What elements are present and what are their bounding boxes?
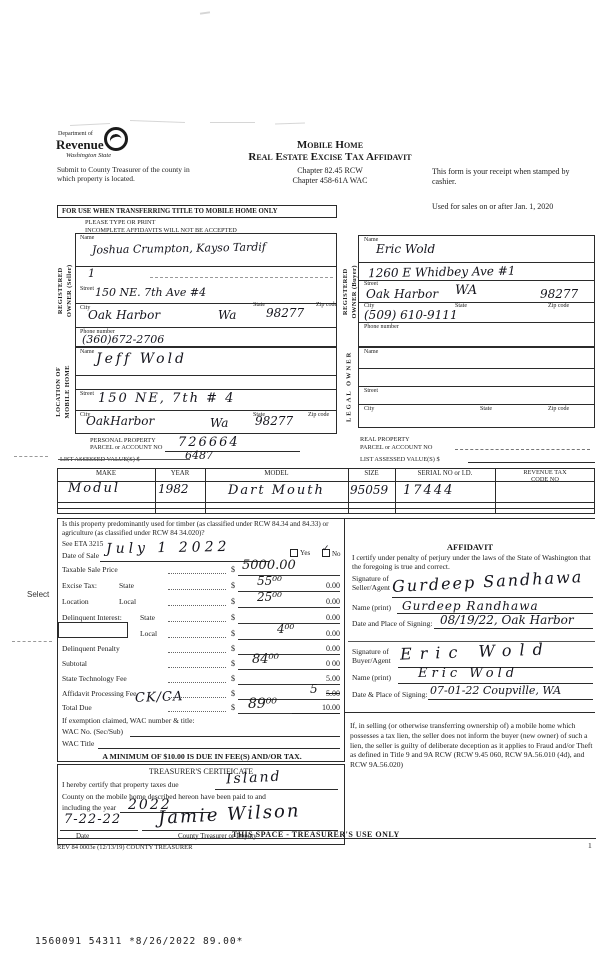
scan-smudge	[14, 456, 48, 457]
legal-line	[358, 368, 595, 369]
treasurer-county-hand: Island	[226, 769, 282, 788]
seller-street-value: 150 NE. 7th Ave #4	[95, 286, 206, 299]
location-zip-label: Zip code	[308, 412, 329, 420]
location-line	[75, 375, 337, 376]
fee-row-subtotal: Subtotal $ 84⁰⁰ 0 00	[62, 657, 343, 672]
currency-sign: $	[231, 674, 235, 683]
form-revision-label: REV 84 0003e (12/13/19) COUNTY TREASURER	[57, 844, 192, 852]
amount-line	[238, 639, 340, 640]
legal-name-label: Name	[364, 349, 378, 357]
currency-sign: $	[231, 689, 235, 698]
dotted-leader	[168, 621, 226, 622]
amount-line	[238, 684, 340, 685]
fee-label: Location	[62, 597, 89, 606]
buyer-name-print-label: Name (print)	[352, 673, 391, 682]
minimum-note: A MINIMUM OF $10.00 IS DUE IN FEE(S) AND…	[62, 752, 342, 762]
amount-line	[238, 575, 340, 576]
handwritten-amount: 89⁰⁰	[248, 696, 277, 712]
dotted-leader	[168, 637, 226, 638]
chapter-line2: Chapter 458-61A WAC	[210, 176, 450, 186]
affidavit-bottom-line	[345, 712, 595, 713]
buyer-line	[358, 262, 595, 263]
yes-label: Yes	[300, 549, 310, 558]
real-parcel-line	[455, 449, 590, 450]
mid-top-line	[345, 518, 595, 519]
handwritten-amount: 55⁰⁰	[257, 574, 282, 588]
buyer-sig-label-line2: Buyer/Agent	[352, 656, 391, 665]
seller-sig-label-line2: Seller/Agent	[352, 583, 390, 592]
header-revenue-line2: CODE NO	[495, 476, 595, 484]
buyer-state-value: WA	[455, 283, 477, 298]
table-row-line	[57, 502, 595, 503]
legal-owner-box	[358, 347, 595, 428]
buyer-name-value: Eric Wold	[376, 242, 435, 256]
printed-amount: 0.00	[292, 581, 340, 590]
fee-label: Delinquent Penalty	[62, 644, 120, 653]
table-header-line	[57, 481, 595, 482]
handwritten-amount: 25⁰⁰	[257, 590, 282, 604]
currency-sign: $	[231, 613, 235, 622]
seller-city-value: Oak Harbor	[88, 308, 160, 322]
payment-method-note: CK/CA	[135, 689, 184, 706]
buyer-line	[358, 280, 595, 281]
affidavit-title: AFFIDAVIT	[345, 542, 595, 553]
treasurer-line3: including the year	[62, 803, 116, 812]
no-checkmark: ✓	[322, 544, 330, 554]
pencil-scribble	[70, 123, 110, 126]
affidavit-line	[428, 699, 593, 700]
seller-section-label-line2: OWNER (Seller)	[66, 235, 75, 347]
scan-strike-line	[58, 459, 190, 460]
wac-no-line	[130, 736, 340, 737]
amount-line	[238, 669, 340, 670]
date-of-sale-value: July 1 2022	[106, 539, 231, 557]
dotted-leader	[168, 573, 226, 574]
buyer-date-value: 07-01-22 Coupville, WA	[430, 684, 561, 697]
header-make: MAKE	[57, 470, 155, 478]
used-note: Used for sales on or after Jan. 1, 2020	[432, 202, 553, 212]
fee-sublabel: State	[119, 581, 134, 590]
submit-note: Submit to County Treasurer of the county…	[57, 165, 209, 184]
page-number: 1	[588, 841, 592, 850]
legal-state-label: State	[480, 406, 492, 414]
buyer-signature: Eric Wold	[400, 639, 551, 663]
seller-zip-value: 98277	[266, 306, 304, 320]
header-year: YEAR	[155, 470, 205, 478]
currency-sign: $	[231, 644, 235, 653]
buyer-sig-label-line1: Signature of	[352, 647, 389, 656]
treasurer-use-label: THIS SPACE - TREASURER'S USE ONLY	[232, 830, 400, 840]
affidavit-line	[434, 628, 593, 629]
dotted-leader	[168, 682, 226, 683]
location-section-label-line2: MOBILE HOME	[64, 336, 73, 448]
location-line	[75, 389, 337, 390]
dotted-leader	[168, 589, 226, 590]
fee-label: Subtotal	[62, 659, 87, 668]
logo-name-text: Revenue	[56, 137, 104, 153]
fee-row-affidavit-fee: Affidavit Processing Fee $ 5 5.00	[62, 687, 343, 702]
pencil-scribble	[210, 122, 255, 123]
pencil-scribble	[130, 120, 185, 123]
form-title-line2: Real Estate Excise Tax Affidavit	[190, 151, 470, 165]
fee-row-excise-state: Excise Tax: State $ 55⁰⁰ 0.00	[62, 579, 343, 594]
dotted-leader	[168, 711, 226, 712]
seller-sig-label-line1: Signature of	[352, 574, 389, 583]
currency-sign: $	[231, 703, 235, 712]
assessed-value: 6487	[185, 449, 213, 462]
seller-section-label-line1: REGISTERED	[57, 235, 66, 347]
seller-state-label: State	[253, 302, 265, 310]
seller-name-print-value: Gurdeep Randhawa	[402, 599, 539, 613]
revenue-logo-icon	[104, 127, 128, 151]
amount-line	[238, 607, 340, 608]
fee-sublabel: Local	[119, 597, 136, 606]
seller-line	[75, 327, 337, 328]
fee-sublabel: State	[140, 613, 155, 622]
treasurer-line	[215, 789, 338, 790]
real-assessed-label: LIST ASSESSED VALUE(S) $	[360, 456, 440, 464]
row-model-value: Dart Mouth	[228, 483, 325, 498]
cashier-receipt-line: 1560091 54311 *8/26/2022 89.00*	[35, 936, 243, 948]
type-note: PLEASE TYPE OR PRINT	[85, 219, 155, 227]
fee-sublabel: Local	[140, 629, 157, 638]
pencil-scribble	[275, 122, 305, 124]
legal-city-label: City	[364, 406, 374, 414]
printed-amount: 0 00	[292, 659, 340, 668]
date-of-sale-label: Date of Sale	[62, 551, 99, 560]
printed-amount: 10.00	[292, 703, 340, 714]
printed-amount: 5.00	[292, 689, 340, 698]
header-size: SIZE	[348, 470, 395, 478]
select-location-dropdown[interactable]: Select	[27, 590, 49, 600]
row-year-value: 1982	[158, 482, 189, 496]
buyer-phone-label: Phone number	[364, 324, 399, 332]
legal-line	[358, 404, 595, 405]
affidavit-document: Department of Revenue Washington State S…	[0, 0, 600, 980]
printed-amount: 0.00	[292, 613, 340, 622]
treasurer-date-hand: 7-22-22	[64, 812, 121, 827]
fee-label: Affidavit Processing Fee	[62, 689, 136, 698]
real-assessed-line	[468, 462, 595, 463]
row-make-value: Modul	[68, 481, 120, 496]
buyer-date-label: Date & Place of Signing:	[352, 690, 427, 699]
dotted-leader	[168, 605, 226, 606]
currency-sign: $	[231, 565, 235, 574]
eta-note: See ETA 3215	[62, 540, 103, 549]
wac-no-label: WAC No. (Sec/Sub)	[62, 727, 123, 736]
amount-line	[238, 591, 340, 592]
seller-date-label: Date and Place of Signing:	[352, 619, 432, 628]
location-section-label: LOCATION OF MOBILE HOME	[55, 336, 73, 448]
personal-property-label-line2: PARCEL or ACCOUNT NO	[90, 444, 162, 452]
location-zip-value: 98277	[255, 414, 293, 428]
buyer-phone-value: (509) 610-9111	[364, 308, 458, 322]
location-name-label: Name	[80, 349, 94, 357]
fee-label: Delinquent Interest:	[62, 613, 122, 622]
personal-parcel-value: 726664	[178, 435, 240, 450]
location-street-label: Street	[80, 391, 94, 399]
treasurer-line1: I hereby certify that property taxes due	[62, 780, 179, 789]
real-property-label-line1: REAL PROPERTY	[360, 436, 410, 444]
fee-row-delinquent-state: Delinquent Interest: State $ 0.00	[62, 611, 343, 626]
no-label: No	[332, 550, 341, 559]
legal-street-label: Street	[364, 388, 378, 396]
printed-amount: 0.00	[292, 644, 340, 653]
fee-row-excise-local: Location Local $ 25⁰⁰ 0.00	[62, 595, 343, 610]
fee-row-delinquent-penalty: Delinquent Penalty $ 0.00	[62, 642, 343, 657]
seller-line2-value: 1	[88, 267, 95, 280]
currency-sign: $	[231, 597, 235, 606]
header-serial: SERIAL NO or I.D.	[395, 470, 495, 478]
row-serial-value: 17444	[403, 483, 454, 498]
fee-row-taxable: Taxable Sale Price $ 5000.00	[62, 563, 343, 578]
buyer-city-value: Oak Harbor	[366, 287, 438, 301]
use-banner-box: FOR USE WHEN TRANSFERRING TITLE TO MOBIL…	[57, 205, 337, 218]
seller-state-value: Wa	[218, 308, 236, 322]
fee-label: Taxable Sale Price	[62, 565, 118, 574]
fee-label: State Technology Fee	[62, 674, 127, 683]
chapter-line1: Chapter 82.45 RCW	[210, 166, 450, 176]
treasurer-line	[60, 830, 138, 831]
buyer-zip-value: 98277	[540, 287, 578, 301]
scan-smudge	[12, 641, 52, 642]
dotted-leader	[168, 652, 226, 653]
seller-phone-value: (360)672-2706	[82, 333, 164, 346]
seller-date-value: 08/19/22, Oak Harbor	[440, 613, 574, 627]
fee-label: Excise Tax:	[62, 581, 97, 590]
header-model: MODEL	[205, 470, 348, 478]
location-state-value: Wa	[210, 416, 228, 430]
table-row-line	[57, 508, 595, 509]
fee-row-total-due: Total Due $ 89⁰⁰ 10.00	[62, 701, 343, 716]
legal-owner-section-label: LEGAL OWNER	[346, 341, 355, 431]
fee-label: Total Due	[62, 703, 92, 712]
legal-owner-section-label-text: LEGAL OWNER	[346, 341, 355, 431]
buyer-street-value: 1260 E Whidbey Ave #1	[368, 264, 516, 281]
currency-sign: $	[231, 629, 235, 638]
buyer-name-print-value: Eric Wold	[418, 666, 518, 681]
location-street-value: 150 NE, 7th # 4	[98, 391, 235, 406]
dotted-leader	[168, 667, 226, 668]
handwritten-amount: 5000.00	[242, 558, 296, 573]
wac-title-line	[98, 748, 340, 749]
seller-name-print-label: Name (print)	[352, 603, 391, 612]
fee-row-delinquent-local: Local $ 4⁰⁰ 0.00	[62, 627, 343, 642]
currency-sign: $	[231, 659, 235, 668]
pencil-scribble	[200, 11, 210, 14]
printed-amount: 0.00	[292, 629, 340, 638]
location-name-value: Jeff Wold	[96, 351, 187, 367]
logo-state-text: Washington State	[66, 152, 111, 160]
seller-section-label: REGISTERED OWNER (Seller)	[57, 235, 75, 347]
scan-smudge	[150, 277, 333, 278]
exemption-label: If exemption claimed, WAC number & title…	[62, 716, 195, 725]
handwritten-amount: 84⁰⁰	[252, 652, 279, 667]
legal-zip-label: Zip code	[548, 406, 569, 414]
treasurer-date-label: Date	[76, 832, 89, 841]
affidavit-line	[392, 597, 593, 598]
buyer-section-label-line1: REGISTERED	[342, 236, 351, 348]
use-banner-text: FOR USE WHEN TRANSFERRING TITLE TO MOBIL…	[62, 208, 278, 216]
location-city-value: OakHarbor	[86, 414, 154, 428]
receipt-note: This form is your receipt when stamped b…	[432, 167, 572, 187]
seller-zip-label: Zip code	[316, 302, 337, 310]
treasurer-title: TREASURER'S CERTIFICATE	[57, 767, 345, 777]
fee-row-state-technology: State Technology Fee $ 5.00	[62, 672, 343, 687]
row-size-value: 95059	[350, 483, 388, 497]
buyer-line	[358, 322, 595, 323]
lien-warning-text: If, in selling (or otherwise transferrin…	[350, 721, 595, 770]
seller-street-label: Street	[80, 286, 94, 294]
printed-amount: 0.00	[292, 597, 340, 606]
timber-question: Is this property predominantly used for …	[62, 520, 340, 538]
currency-sign: $	[231, 581, 235, 590]
legal-line	[358, 386, 595, 387]
buyer-zip-label: Zip code	[548, 303, 569, 311]
wac-title-label: WAC Title	[62, 739, 94, 748]
seller-line	[75, 303, 337, 304]
seller-line	[75, 266, 337, 267]
location-section-label-line1: LOCATION OF	[55, 336, 64, 448]
location-line	[75, 410, 337, 411]
seller-name-label: Name	[80, 235, 94, 243]
yes-checkbox[interactable]	[290, 549, 298, 557]
real-property-label-line2: PARCEL or ACCOUNT NO	[360, 444, 432, 452]
